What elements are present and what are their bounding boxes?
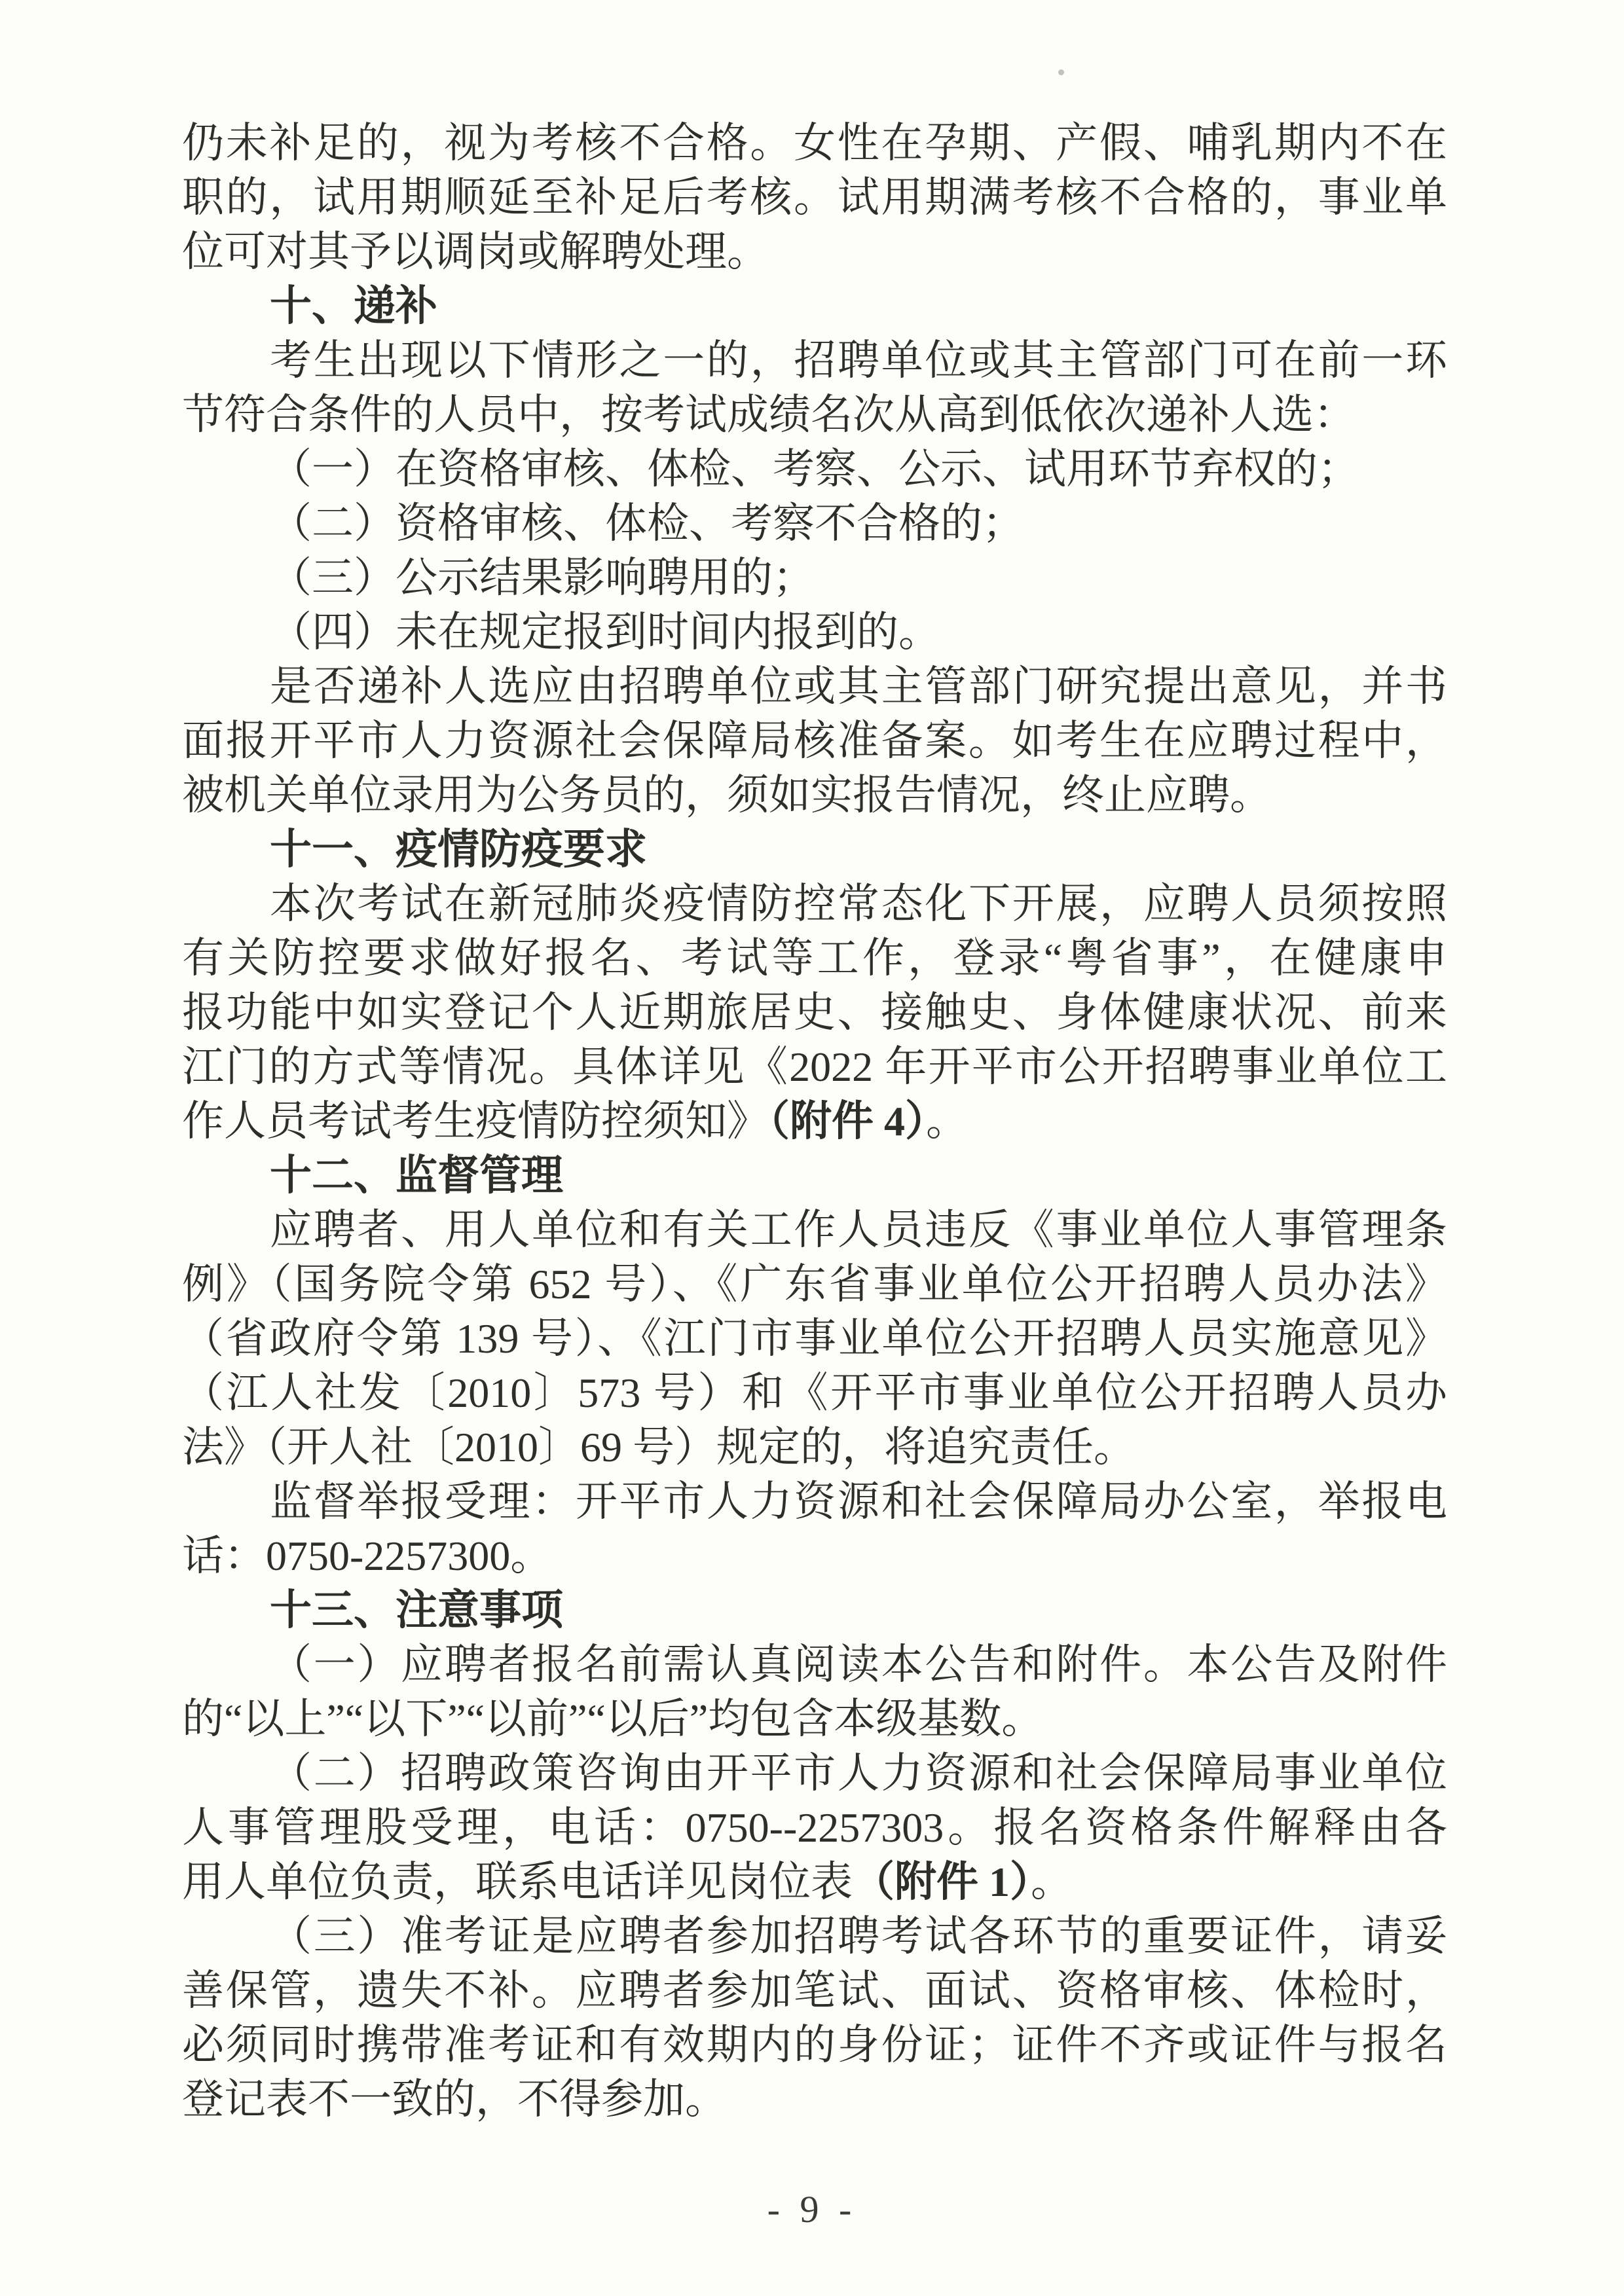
document-line: 监督举报受理：开平市人力资源和社会保障局办公室，举报电: [182, 1474, 1447, 1529]
document-line: 职的，试用期顺延至补足后考核。试用期满考核不合格的，事业单: [182, 170, 1447, 225]
section-heading: 十、递补: [182, 279, 1447, 333]
text-segment: 有关防控要求做好报名、考试等工作，登录“粤省事”，在健康申: [182, 935, 1447, 981]
text-segment: 例》（国务院令第 652 号）、《广东省事业单位公开招聘人员办法》: [182, 1261, 1447, 1307]
document-line: 法》（开人社〔2010〕69 号）规定的，将追究责任。: [182, 1420, 1447, 1474]
document-line: （三）准考证是应聘者参加招聘考试各环节的重要证件，请妥: [182, 1909, 1447, 1963]
text-segment: 报功能中如实登记个人近期旅居史、接触史、身体健康状况、前来: [182, 989, 1447, 1036]
text-segment: 话：0750-2257300。: [182, 1533, 552, 1579]
text-segment: 职的，试用期顺延至补足后考核。试用期满考核不合格的，事业单: [182, 174, 1447, 221]
document-line: 登记表不一致的，不得参加。: [182, 2072, 1447, 2126]
document-line: 仍未补足的，视为考核不合格。女性在孕期、产假、哺乳期内不在: [182, 116, 1447, 170]
text-segment: 用人单位负责，联系电话详见岗位表: [182, 1859, 853, 1905]
text-segment: 考生出现以下情形之一的，招聘单位或其主管部门可在前一环: [270, 337, 1447, 384]
text-segment: 面报开平市人力资源社会保障局核准备案。如考生在应聘过程中，: [182, 718, 1447, 764]
text-segment: 应聘者、用人单位和有关工作人员违反《事业单位人事管理条: [270, 1207, 1447, 1253]
page-number: - 9 -: [0, 2180, 1624, 2239]
document-line: 被机关单位录用为公务员的，须如实报告情况，终止应聘。: [182, 768, 1447, 822]
bold-text-segment: （附件 4）: [769, 1098, 926, 1144]
text-segment: 本次考试在新冠肺炎疫情防控常态化下开展，应聘人员须按照: [270, 881, 1447, 927]
document-line: （省政府令第 139 号）、《江门市事业单位公开招聘人员实施意见》: [182, 1311, 1447, 1366]
text-segment: （一）在资格审核、体检、考察、公示、试用环节弃权的；: [270, 446, 1359, 492]
text-segment: 是否递补人选应由招聘单位或其主管部门研究提出意见，并书: [270, 663, 1447, 710]
document-line: （三）公示结果影响聘用的；: [182, 551, 1447, 605]
section-heading: 十三、注意事项: [182, 1583, 1447, 1637]
document-line: 有关防控要求做好报名、考试等工作，登录“粤省事”，在健康申: [182, 931, 1447, 985]
text-segment: 作人员考试考生疫情防控须知》: [182, 1098, 769, 1144]
text-segment: 仍未补足的，视为考核不合格。女性在孕期、产假、哺乳期内不在: [182, 120, 1447, 166]
text-segment: 必须同时携带准考证和有效期内的身份证；证件不齐或证件与报名: [182, 2022, 1447, 2068]
bold-text-segment: 十二、监督管理: [270, 1152, 563, 1199]
bold-text-segment: （附件 1）: [853, 1859, 1031, 1905]
text-segment: 位可对其予以调岗或解聘处理。: [182, 228, 769, 275]
page-sheet: 仍未补足的，视为考核不合格。女性在孕期、产假、哺乳期内不在职的，试用期顺延至补足…: [0, 0, 1624, 2296]
text-segment: 。: [1031, 1859, 1073, 1905]
section-heading: 十一、疫情防疫要求: [182, 822, 1447, 877]
document-line: 用人单位负责，联系电话详见岗位表（附件 1）。: [182, 1855, 1447, 1909]
document-line: （二）资格审核、体检、考察不合格的；: [182, 496, 1447, 551]
document-line: 节符合条件的人员中，按考试成绩名次从高到低依次递补人选：: [182, 388, 1447, 442]
text-segment: 的“以上”“以下”“以前”“以后”均包含本级基数。: [182, 1696, 1043, 1742]
bold-text-segment: 十三、注意事项: [270, 1587, 563, 1633]
bold-text-segment: 十、递补: [270, 283, 437, 329]
text-segment: 登记表不一致的，不得参加。: [182, 2076, 727, 2123]
document-line: 应聘者、用人单位和有关工作人员违反《事业单位人事管理条: [182, 1203, 1447, 1257]
text-segment: （二）招聘政策咨询由开平市人力资源和社会保障局事业单位: [270, 1750, 1447, 1796]
document-line: 江门的方式等情况。具体详见《2022 年开平市公开招聘事业单位工: [182, 1040, 1447, 1094]
text-segment: （三）公示结果影响聘用的；: [270, 555, 815, 601]
text-segment: 监督举报受理：开平市人力资源和社会保障局办公室，举报电: [270, 1478, 1447, 1525]
document-line: 本次考试在新冠肺炎疫情防控常态化下开展，应聘人员须按照: [182, 877, 1447, 931]
document-line: 位可对其予以调岗或解聘处理。: [182, 225, 1447, 279]
document-line: 善保管，遗失不补。应聘者参加笔试、面试、资格审核、体检时，: [182, 1963, 1447, 2018]
document-line: 面报开平市人力资源社会保障局核准备案。如考生在应聘过程中，: [182, 714, 1447, 768]
text-segment: （省政府令第 139 号）、《江门市事业单位公开招聘人员实施意见》: [182, 1315, 1447, 1362]
text-segment: 法》（开人社〔2010〕69 号）规定的，将追究责任。: [182, 1424, 1135, 1470]
text-segment: 江门的方式等情况。具体详见《2022 年开平市公开招聘事业单位工: [182, 1044, 1447, 1090]
text-segment: （江人社发〔2010〕573 号）和《开平市事业单位公开招聘人员办: [182, 1370, 1447, 1416]
document-line: 的“以上”“以下”“以前”“以后”均包含本级基数。: [182, 1692, 1447, 1746]
document-line: （江人社发〔2010〕573 号）和《开平市事业单位公开招聘人员办: [182, 1366, 1447, 1420]
document-line: 考生出现以下情形之一的，招聘单位或其主管部门可在前一环: [182, 333, 1447, 388]
document-line: 必须同时携带准考证和有效期内的身份证；证件不齐或证件与报名: [182, 2018, 1447, 2072]
document-line: 是否递补人选应由招聘单位或其主管部门研究提出意见，并书: [182, 659, 1447, 714]
document-line: （一）在资格审核、体检、考察、公示、试用环节弃权的；: [182, 442, 1447, 496]
document-line: 报功能中如实登记个人近期旅居史、接触史、身体健康状况、前来: [182, 985, 1447, 1040]
text-segment: 人事管理股受理，电话：0750--2257303。报名资格条件解释由各: [182, 1804, 1447, 1851]
text-segment: （三）准考证是应聘者参加招聘考试各环节的重要证件，请妥: [270, 1913, 1447, 1959]
text-segment: （四）未在规定报到时间内报到的。: [270, 609, 940, 655]
document-line: （一）应聘者报名前需认真阅读本公告和附件。本公告及附件: [182, 1637, 1447, 1692]
text-segment: 善保管，遗失不补。应聘者参加笔试、面试、资格审核、体检时，: [182, 1967, 1447, 2014]
document-line: （二）招聘政策咨询由开平市人力资源和社会保障局事业单位: [182, 1746, 1447, 1800]
text-segment: （一）应聘者报名前需认真阅读本公告和附件。本公告及附件: [270, 1641, 1447, 1688]
document-body: 仍未补足的，视为考核不合格。女性在孕期、产假、哺乳期内不在职的，试用期顺延至补足…: [182, 116, 1447, 2126]
text-segment: 。: [926, 1098, 968, 1144]
text-segment: 被机关单位录用为公务员的，须如实报告情况，终止应聘。: [182, 772, 1272, 818]
document-line: 例》（国务院令第 652 号）、《广东省事业单位公开招聘人员办法》: [182, 1257, 1447, 1311]
document-line: （四）未在规定报到时间内报到的。: [182, 605, 1447, 659]
text-segment: 节符合条件的人员中，按考试成绩名次从高到低依次递补人选：: [182, 392, 1356, 438]
section-heading: 十二、监督管理: [182, 1148, 1447, 1203]
text-segment: （二）资格审核、体检、考察不合格的；: [270, 500, 1024, 547]
document-line: 话：0750-2257300。: [182, 1529, 1447, 1583]
document-line: 人事管理股受理，电话：0750--2257303。报名资格条件解释由各: [182, 1800, 1447, 1855]
scan-artifact-dot: [1058, 69, 1064, 75]
document-line: 作人员考试考生疫情防控须知》（附件 4）。: [182, 1094, 1447, 1148]
bold-text-segment: 十一、疫情防疫要求: [270, 826, 647, 873]
